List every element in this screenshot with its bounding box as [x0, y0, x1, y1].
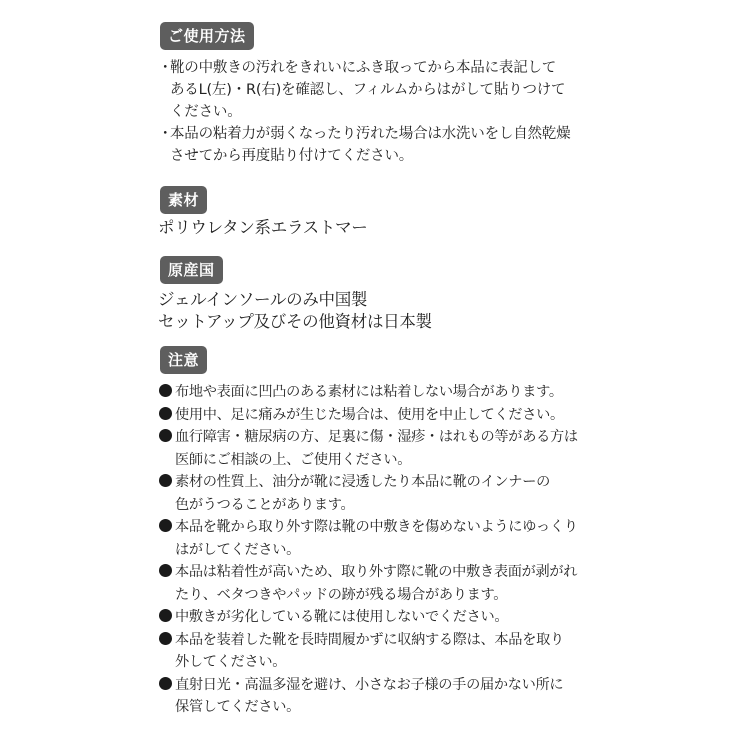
usage-line: あるL(左)・R(右)を確認し、フィルムからはがして貼りつけて [158, 79, 598, 101]
caution-heading-badge: 注意 [160, 346, 207, 374]
bullet-dot-icon: ・ [158, 57, 170, 79]
material-heading-badge: 素材 [160, 186, 207, 214]
caution-item-continuation: 外してください。 [158, 651, 598, 674]
caution-item-continuation: 保管してください。 [158, 696, 598, 719]
black-circle-bullet-icon [159, 407, 172, 420]
caution-section: 布地や表面に凹凸のある素材には粘着しない場合があります。 使用中、足に痛みが生じ… [158, 381, 598, 719]
bullet-dot-icon: ・ [158, 123, 170, 145]
caution-item-continuation: 色がうつることがあります。 [158, 494, 598, 517]
material-section: ポリウレタン系エラストマー [158, 217, 598, 239]
usage-line: ・本品の粘着力が弱くなったり汚れた場合は水洗いをし自然乾燥 [158, 123, 598, 145]
origin-heading-badge: 原産国 [160, 256, 223, 284]
caution-item-continuation: たり、ベタつきやパッドの跡が残る場合があります。 [158, 584, 598, 607]
caution-item-continuation: はがしてください。 [158, 539, 598, 562]
origin-line: セットアップ及びその他資材は日本製 [158, 311, 598, 333]
black-circle-bullet-icon [159, 609, 172, 622]
black-circle-bullet-icon [159, 384, 172, 397]
black-circle-bullet-icon [159, 474, 172, 487]
origin-section: ジェルインソールのみ中国製 セットアップ及びその他資材は日本製 [158, 289, 598, 333]
caution-item-continuation: 医師にご相談の上、ご使用ください。 [158, 449, 598, 472]
origin-line: ジェルインソールのみ中国製 [158, 289, 598, 311]
caution-item: 素材の性質上、油分が靴に浸透したり本品に靴のインナーの [158, 471, 598, 494]
caution-item: 本品を装着した靴を長時間履かずに収納する際は、本品を取り [158, 629, 598, 652]
black-circle-bullet-icon [159, 519, 172, 532]
black-circle-bullet-icon [159, 632, 172, 645]
black-circle-bullet-icon [159, 564, 172, 577]
caution-item: 直射日光・高温多湿を避け、小さなお子様の手の届かない所に [158, 674, 598, 697]
caution-item: 中敷きが劣化している靴には使用しないでください。 [158, 606, 598, 629]
black-circle-bullet-icon [159, 429, 172, 442]
caution-item: 血行障害・糖尿病の方、足裏に傷・湿疹・はれもの等がある方は [158, 426, 598, 449]
caution-item: 本品を靴から取り外す際は靴の中敷きを傷めないようにゆっくり [158, 516, 598, 539]
caution-item: 布地や表面に凹凸のある素材には粘着しない場合があります。 [158, 381, 598, 404]
usage-line: させてから再度貼り付けてください。 [158, 145, 598, 167]
material-text: ポリウレタン系エラストマー [158, 217, 598, 239]
usage-line: ・靴の中敷きの汚れをきれいにふき取ってから本品に表記して [158, 57, 598, 79]
usage-heading-badge: ご使用方法 [160, 22, 254, 50]
caution-item: 使用中、足に痛みが生じた場合は、使用を中止してください。 [158, 404, 598, 427]
black-circle-bullet-icon [159, 677, 172, 690]
usage-line: ください。 [158, 101, 598, 123]
caution-item: 本品は粘着性が高いため、取り外す際に靴の中敷き表面が剥がれ [158, 561, 598, 584]
usage-section: ・靴の中敷きの汚れをきれいにふき取ってから本品に表記して あるL(左)・R(右)… [158, 57, 598, 167]
